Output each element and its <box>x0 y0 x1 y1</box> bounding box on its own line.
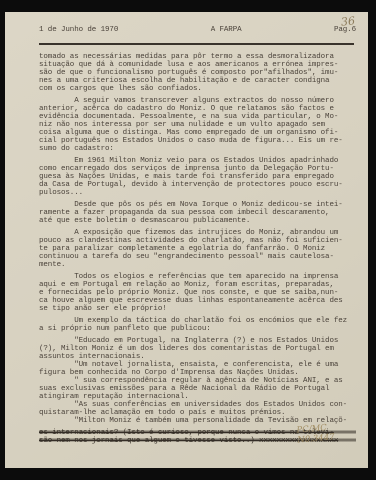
scanned-page: 36 1 de Junho de 1970 A FARPA Pag.6 toma… <box>5 12 368 468</box>
paragraph: A seguir vamos transcrever alguns extrac… <box>39 97 356 153</box>
paragraph: Desde que pôs os pés em Nova Iorque o Mo… <box>39 201 356 225</box>
paragraph: Um exemplo da táctica do charlatão foi o… <box>39 317 356 333</box>
paragraph: A exposição que fizemos das intrujices d… <box>39 229 356 269</box>
document-body: tomado as necessárias medidas para pôr t… <box>39 53 356 449</box>
paragraph: Todos os elogios e referências que tem a… <box>39 273 356 313</box>
paragraph: Em 1961 Milton Moniz veio para os Estado… <box>39 157 356 197</box>
header-title: A FARPA <box>211 26 242 34</box>
header-date: 1 de Junho de 1970 <box>39 26 118 34</box>
page-header: 1 de Junho de 1970 A FARPA Pag.6 <box>39 26 356 34</box>
paragraph-quote-block: "Educado em Portugal, na Inglaterra (?) … <box>39 337 356 425</box>
handwritten-archive-note: PC/MC N0.3447 <box>296 422 335 445</box>
header-page-number: Pag.6 <box>334 26 356 34</box>
header-rule <box>39 43 354 45</box>
paragraph-continuation: tomado as necessárias medidas para pôr t… <box>39 53 356 93</box>
